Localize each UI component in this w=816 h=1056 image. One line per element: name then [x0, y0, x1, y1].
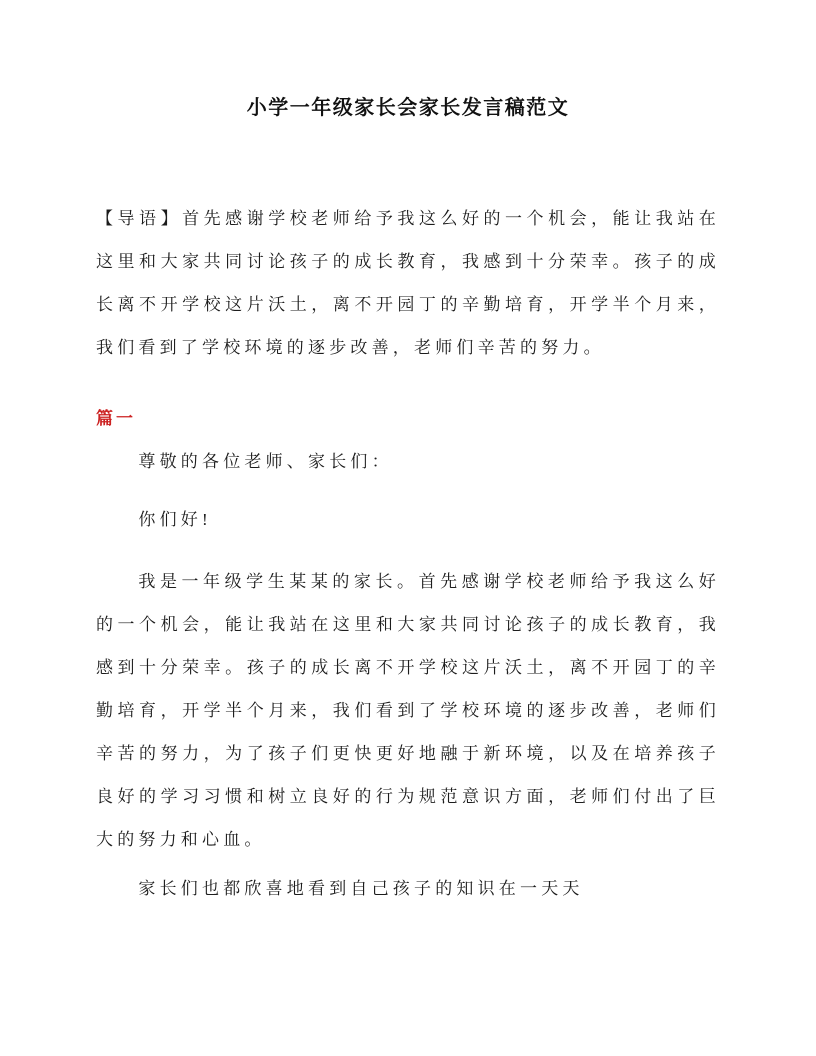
document-title: 小学一年级家长会家长发言稿范文 [96, 94, 720, 122]
salutation-line: 尊敬的各位老师、家长们： [96, 440, 720, 483]
body-paragraph-2: 家长们也都欣喜地看到自己孩子的知识在一天天 [96, 867, 720, 910]
document-page: 小学一年级家长会家长发言稿范文 【导语】首先感谢学校老师给予我这么好的一个机会，… [0, 0, 816, 1056]
body-paragraph-1: 我是一年级学生某某的家长。首先感谢学校老师给予我这么好的一个机会，能让我站在这里… [96, 560, 720, 861]
greeting-line: 你们好! [96, 498, 720, 541]
intro-paragraph: 【导语】首先感谢学校老师给予我这么好的一个机会，能让我站在这里和大家共同讨论孩子… [96, 197, 720, 369]
section-heading-pian-yi: 篇一 [96, 397, 720, 440]
